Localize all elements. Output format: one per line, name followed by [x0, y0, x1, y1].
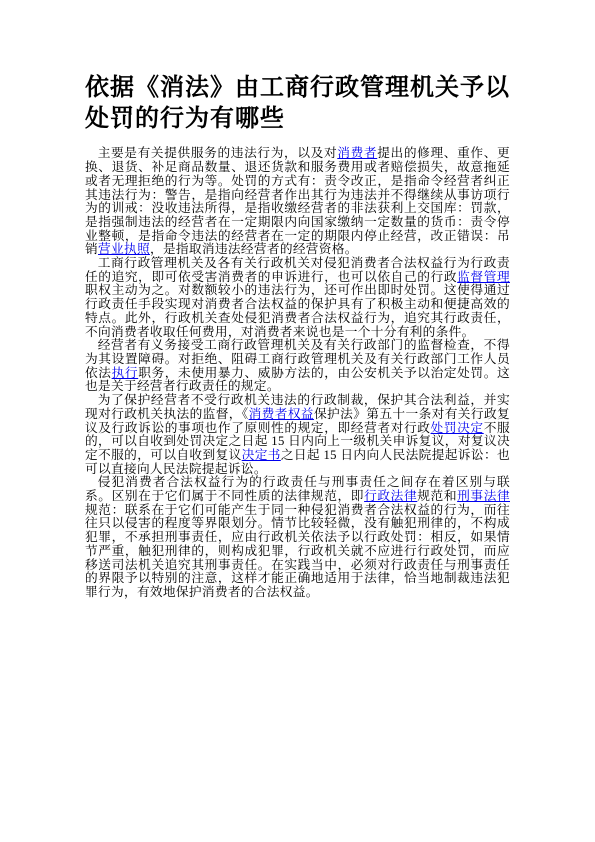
inline-link[interactable]: 处罚决定 — [431, 421, 484, 435]
text-segment: 职务，未使用暴力、威胁方法的，由公安机关予以治定处罚。这也是关于经营者行政责任的… — [85, 366, 510, 394]
inline-link[interactable]: 决定书 — [242, 448, 281, 462]
document-page: 依据《消法》由工商行政管理机关予以处罚的行为有哪些 主要是有关提供服务的违法行为… — [0, 0, 595, 842]
text-segment: 主要是有关提供服务的违法行为，以及对 — [98, 146, 338, 160]
inline-link[interactable]: 执行 — [112, 366, 139, 380]
inline-link[interactable]: 监督管理 — [457, 270, 510, 284]
text-segment: ，是指取消违法经营者的经营资格。 — [150, 242, 358, 256]
document-body: 主要是有关提供服务的违法行为，以及对消费者提出的修理、重作、更换、退货、补足商品… — [85, 147, 510, 599]
text-segment: 规范：联系在于它们可能产生于同一种侵犯消费者合法权益的行为，而往往只以侵害的程度… — [85, 503, 510, 599]
inline-link[interactable]: 行政法律 — [364, 489, 417, 503]
text-segment: 规范和 — [417, 489, 457, 503]
inline-link[interactable]: 消费者权益 — [249, 407, 314, 421]
inline-link[interactable]: 营业执照 — [98, 242, 150, 256]
paragraph-3: 经营者有义务接受工商行政管理机关及有关行政部门的监督检查，不得为其设置障碍。对拒… — [85, 339, 510, 394]
text-segment: 工商行政管理机关及各有关行政机关对侵犯消费者合法权益行为行政责任的追究，即可依受… — [85, 256, 510, 284]
paragraph-4: 为了保护经营者不受行政机关违法的行政制裁，保护其合法利益，并实现对行政机关执法的… — [85, 394, 510, 476]
paragraph-5: 侵犯消费者合法权益行为的行政责任与刑事责任之间存在着区别与联系。区别在于它们属于… — [85, 476, 510, 599]
page-title: 依据《消法》由工商行政管理机关予以处罚的行为有哪些 — [85, 73, 510, 134]
paragraph-2: 工商行政管理机关及各有关行政机关对侵犯消费者合法权益行为行政责任的追究，即可依受… — [85, 257, 510, 339]
paragraph-1: 主要是有关提供服务的违法行为，以及对消费者提出的修理、重作、更换、退货、补足商品… — [85, 147, 510, 257]
inline-link[interactable]: 刑事法律 — [457, 489, 510, 503]
text-segment: 提出的修理、重作、更换、退货、补足商品数量、退还货款和服务费用或者赔偿损失，故意… — [85, 146, 510, 256]
text-segment: 职权主动为之。对数额较小的违法行为，还可作出即时处罚。这使得通过行政责任手段实现… — [85, 283, 510, 338]
inline-link[interactable]: 消费者 — [337, 146, 377, 160]
